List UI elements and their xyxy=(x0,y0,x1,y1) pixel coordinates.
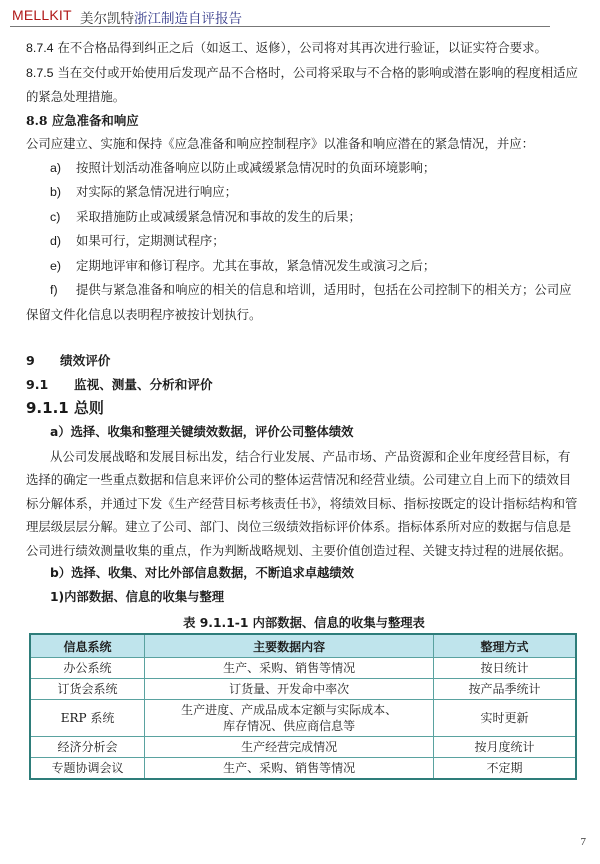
header-title: 美尔凯特浙江制造自评报告 xyxy=(80,7,242,27)
col-header-content: 主要数据内容 xyxy=(145,634,434,658)
subheading-b: b）选择、收集、对比外部信息数据，不断追求卓越绩效 xyxy=(26,562,582,586)
company-name: 美尔凯特 xyxy=(80,11,134,27)
paragraph-a: 从公司发展战略和发展目标出发，结合行业发展、产品市场、产品资源和企业年度经营目标… xyxy=(26,445,582,563)
heading-9: 9绩效评价 xyxy=(26,349,582,373)
subheading-a: a）选择、收集和整理关键绩效数据，评价公司整体绩效 xyxy=(26,421,582,445)
list-item-c: c) 采取措施防止或减缓紧急情况和事故的发生的后果； xyxy=(26,205,582,230)
page-header: MELLKIT 美尔凯特浙江制造自评报告 xyxy=(10,4,550,27)
table-header-row: 信息系统 主要数据内容 整理方式 xyxy=(30,634,576,658)
table-row: 专题协调会议 生产、采购、销售等情况 不定期 xyxy=(30,758,576,780)
table-caption: 表 9.1.1-1 内部数据、信息的收集与整理表 xyxy=(26,613,582,631)
col-header-system: 信息系统 xyxy=(30,634,145,658)
list-item-b: b) 对实际的紧急情况进行响应； xyxy=(26,180,582,205)
heading-9-1-1: 9.1.1 总则 xyxy=(26,396,582,421)
table-row: 办公系统 生产、采购、销售等情况 按日统计 xyxy=(30,658,576,679)
intro-8-8: 公司应建立、实施和保持《应急准备和响应控制程序》以准备和响应潜在的紧急情况，并应… xyxy=(26,132,582,156)
clause-8-7-5: 8.7.5 当在交付或开始使用后发现产品不合格时，公司将采取与不合格的影响或潜在… xyxy=(26,61,582,109)
table-row: 订货会系统 订货量、开发命中率次 按产品季统计 xyxy=(30,679,576,700)
document-body: 8.7.4 在不合格品得到纠正之后（如返工、返修），公司将对其再次进行验证，以证… xyxy=(26,36,582,780)
heading-8-8: 8.8 应急准备和响应 xyxy=(26,109,582,133)
list-item-f: f) 提供与紧急准备和响应的相关的信息和培训，适用时，包括在公司控制下的相关方；… xyxy=(26,278,582,326)
brand-logo: MELLKIT xyxy=(12,7,72,23)
table-row: 经济分析会 生产经营完成情况 按月度统计 xyxy=(30,737,576,758)
heading-9-1: 9.1监视、测量、分析和评价 xyxy=(26,373,582,397)
table-row: ERP 系统 生产进度、产成品成本定额与实际成本、库存情况、供应商信息等 实时更… xyxy=(30,700,576,737)
clause-8-7-4: 8.7.4 在不合格品得到纠正之后（如返工、返修），公司将对其再次进行验证，以证… xyxy=(26,36,582,61)
list-item-e: e) 定期地评审和修订程序。尤其在事故，紧急情况发生或演习之后； xyxy=(26,254,582,279)
data-collection-table: 信息系统 主要数据内容 整理方式 办公系统 生产、采购、销售等情况 按日统计 订… xyxy=(29,633,577,780)
col-header-method: 整理方式 xyxy=(434,634,576,658)
spacer xyxy=(26,326,582,349)
page-number: 7 xyxy=(581,836,587,848)
subheading-b1: 1)内部数据、信息的收集与整理 xyxy=(26,586,582,610)
list-item-a: a) 按照计划活动准备响应以防止或减缓紧急情况时的负面环境影响； xyxy=(26,156,582,181)
list-item-d: d) 如果可行，定期测试程序； xyxy=(26,229,582,254)
report-title: 浙江制造自评报告 xyxy=(134,11,242,27)
